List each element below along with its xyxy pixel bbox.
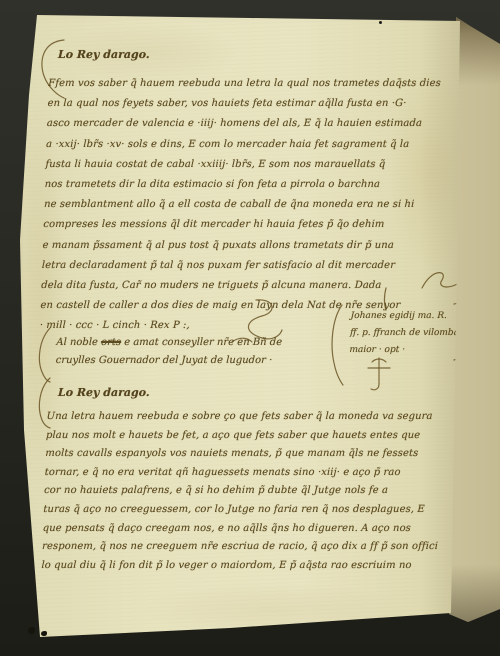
manuscript-line: a ·xxij· lbr̃s ·xv· sols e dins, E com l… xyxy=(46,135,457,155)
manuscript-line: en la qual nos feyets saber, vos hauiets… xyxy=(47,94,458,114)
address-block: Al noble orts e amat conseyller nr̃e en … xyxy=(55,334,282,369)
manuscript-line: molts cavalls espanyols vos nauiets mena… xyxy=(45,445,458,464)
manuscript-line: nos trametets dir la dita estimacio si f… xyxy=(44,175,455,195)
manuscript-line: e manam p̃ssament q̃ al pus tost q̃ puxa… xyxy=(42,236,453,256)
manuscript-line: plau nos molt e hauets be fet, a aço que… xyxy=(46,427,459,446)
notarial-cross-icon xyxy=(364,356,394,392)
manuscript-line: letra declaradament p̃ tal q̃ nos puxam … xyxy=(42,256,453,276)
sewing-mark xyxy=(28,627,35,634)
manuscript-line: tornar, e q̃ no era veritat qñ haguesset… xyxy=(44,464,457,483)
manuscript-line: compreses les messions q̃l dit mercader … xyxy=(43,215,454,235)
address-line1: Al noble orts e amat conseyller nr̃e en … xyxy=(56,334,282,352)
manuscript-line: que pensats q̃ daço creegam nos, e no aq… xyxy=(42,520,455,539)
sewing-mark xyxy=(41,631,47,636)
manuscript-photo: Lo Rey darago. Ffem vos saber q̃ hauem r… xyxy=(0,0,500,656)
manuscript-line: ff. p. ffranch de vilomba xyxy=(350,325,469,342)
letter2-body: Una letra hauem reebuda e sobre ço que f… xyxy=(41,408,459,575)
manuscript-line: cor no hauiets palafrens, e q̃ si ho deh… xyxy=(44,482,457,501)
manuscript-line: ne semblantment allo q̃ a ell costa de c… xyxy=(44,195,455,215)
ink-speck xyxy=(379,21,382,24)
chancery-open-bracket-icon xyxy=(328,303,344,387)
manuscript-line: fusta li hauia costat de cabal ·xxiiij· … xyxy=(45,155,456,175)
address-line2: cruylles Gouernador del Juyat de lugudor… xyxy=(55,352,281,370)
struck-word: orts xyxy=(101,337,121,348)
address-line1-pre: Al noble xyxy=(56,337,101,348)
manuscript-line: asco mercader de valencia e ·iiij· homen… xyxy=(46,114,457,134)
manuscript-line: Una letra hauem reebuda e sobre ço que f… xyxy=(46,408,459,427)
letter2-heading: Lo Rey darago. xyxy=(58,386,150,399)
manuscript-line: responem, q̃ nos ne creeguem nr̃e escriu… xyxy=(42,538,455,557)
address-line1-post: e amat conseyller nr̃e en Bñ de xyxy=(121,337,282,348)
chancery-note: Johanes egidij ma. R.ff. p. ffranch de v… xyxy=(349,308,469,359)
manuscript-line: Ffem vos saber q̃ hauem reebuda una letr… xyxy=(48,74,459,94)
manuscript-line: turas q̃ aço no creeguessem, cor lo Jutg… xyxy=(43,501,456,520)
manuscript-page: Lo Rey darago. Ffem vos saber q̃ hauem r… xyxy=(0,0,500,656)
manuscript-line: lo qual diu q̃ li fon dit p̃ lo veger o … xyxy=(41,557,454,576)
letter1-heading: Lo Rey darago. xyxy=(58,48,150,61)
